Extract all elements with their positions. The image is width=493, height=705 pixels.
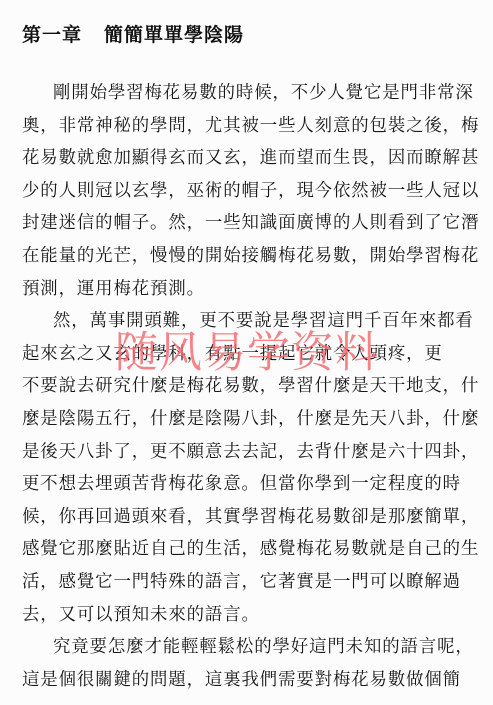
text-line: 麼是陰陽五行，什麼是陰陽八卦，什麼是先天八卦，什麼: [22, 403, 446, 436]
scanned-page: 第一章簡簡單單學陰陽 剛開始學習梅花易數的時候，不少人覺它是門非常深 奧，非常神…: [0, 0, 493, 705]
text-line: 在能量的光芒，慢慢的開始接觸梅花易數，開始學習梅花: [22, 240, 446, 273]
body-text: 剛開始學習梅花易數的時候，不少人覺它是門非常深 奧，非常神秘的學問，尤其被一些人…: [22, 77, 446, 696]
text-line: 去，又可以預知未來的語言。: [22, 599, 446, 632]
text-line: 花易數就愈加顯得玄而又玄，進而望而生畏，因而瞭解甚: [22, 142, 446, 175]
text-line: 究竟要怎麼才能輕輕鬆松的學好這門未知的語言呢，: [22, 631, 446, 664]
text-line: 少的人則冠以玄學，巫術的帽子，現今依然被一些人冠以: [22, 175, 446, 208]
chapter-title: 簡簡單單學陰陽: [104, 24, 244, 46]
text-line: 封建迷信的帽子。然，一些知識面廣博的人則看到了它潛: [22, 207, 446, 240]
text-line: 不要說去研究什麼是梅花易數，學習什麼是天干地支，什: [22, 370, 446, 403]
text-line: 活，感覺它一門特殊的語言，它著實是一門可以瞭解過: [22, 566, 446, 599]
text-line: 剛開始學習梅花易數的時候，不少人覺它是門非常深: [22, 77, 446, 110]
text-line: 是後天八卦了，更不願意去去記，去背什麼是六十四卦，: [22, 436, 446, 469]
chapter-number: 第一章: [22, 20, 82, 47]
text-line: 預測，運用梅花預測。: [22, 273, 446, 306]
text-line: 然，萬事開頭難，更不要說是學習這門千百年來都看: [22, 305, 446, 338]
text-line: 起來玄之又玄的學科，有點一提起它就令人頭疼，更: [22, 338, 446, 371]
text-line: 這是個很關鍵的問題，這裏我們需要對梅花易數做個簡: [22, 664, 446, 697]
text-line: 感覺它那麼貼近自己的生活，感覺梅花易數就是自己的生: [22, 533, 446, 566]
chapter-heading: 第一章簡簡單單學陰陽: [22, 20, 244, 47]
text-line: 更不想去埋頭苦背梅花象意。但當你學到一定程度的時: [22, 468, 446, 501]
text-line: 候，你再回過頭來看，其實學習梅花易數卻是那麼簡單，: [22, 501, 446, 534]
text-line: 奧，非常神秘的學問，尤其被一些人刻意的包裝之後，梅: [22, 110, 446, 143]
